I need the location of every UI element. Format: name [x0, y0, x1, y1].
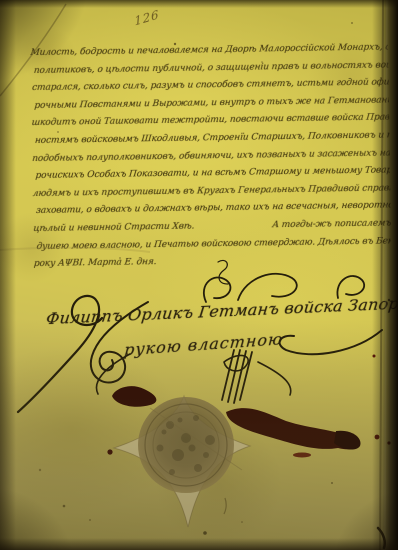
text-line-right: А тогды-жъ пописалемъ [271, 218, 392, 237]
text-line-left: року АΨВІ. Марта Е. дня. [33, 257, 157, 277]
manuscript-text-block: Милость, бодрость и печаловалемся на Дво… [30, 42, 392, 284]
text-line-left: цѣлый и невинной Страсти Хвѣ. [32, 221, 195, 241]
manuscript-photo: 126 Милость, бодрость и печаловалемся на… [0, 0, 398, 550]
